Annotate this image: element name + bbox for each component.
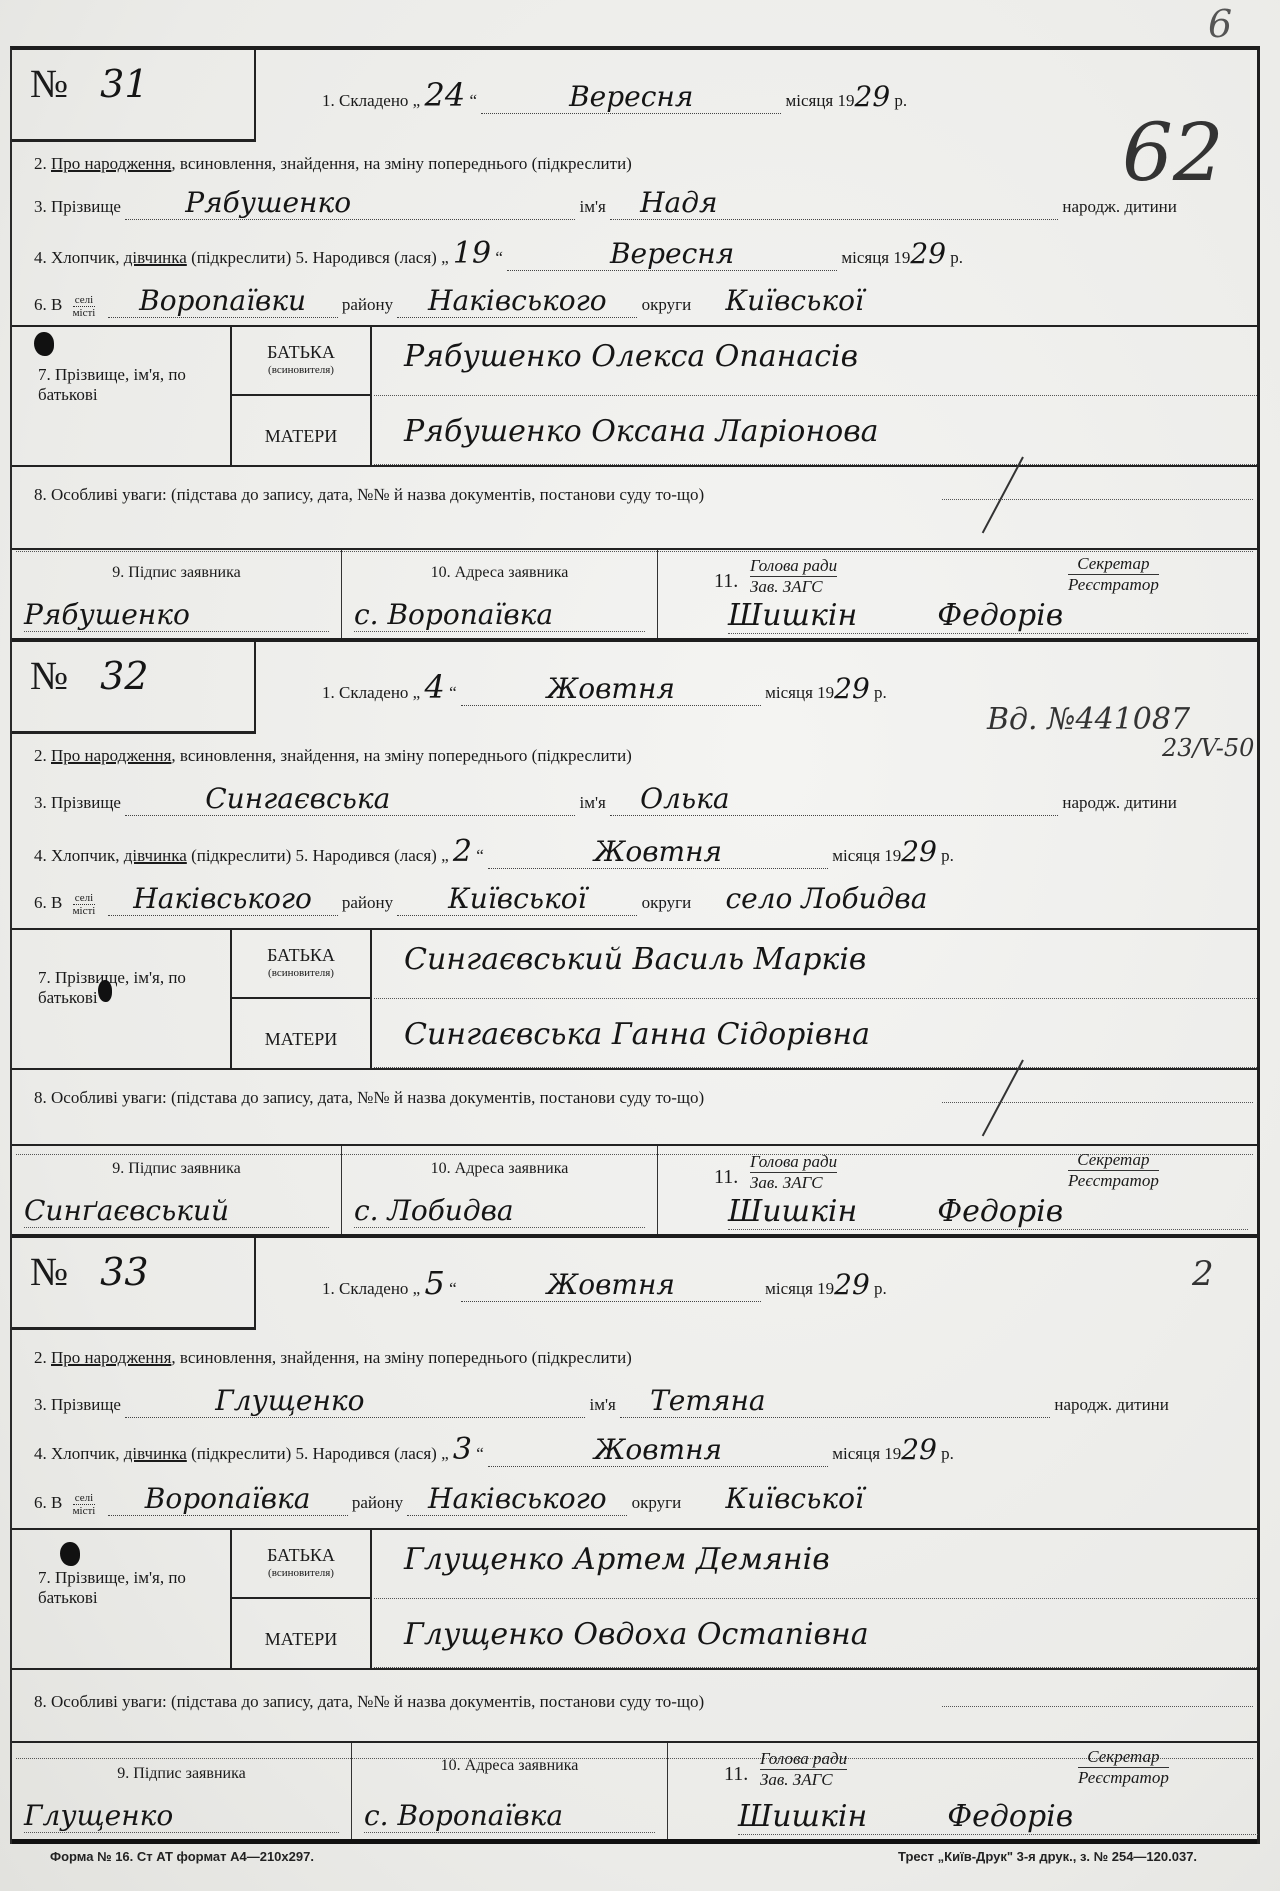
drawn-day: 4 (424, 668, 444, 706)
signatures-row: 9. Підпис заявникаСинґаєвський 10. Адрес… (12, 1144, 1257, 1234)
father-name: Сингаєвський Василь Марків (404, 942, 866, 977)
name-value: Надя (640, 186, 717, 219)
page-number-mark: 6 (1208, 2, 1232, 46)
drawn-up-line: 1. Складено „ 24 “ Вересня місяця 1929 р… (322, 76, 1257, 114)
number-sign: № (30, 61, 68, 106)
margin-note: Вд. №441087 (987, 702, 1190, 737)
birth-day: 19 (453, 236, 491, 271)
name-value: Тетяна (650, 1384, 765, 1417)
official-signature: Шишкін (728, 598, 857, 633)
village-value: Воропаївки (139, 284, 306, 317)
place-line: 6. В селімісті Воропаївки району Наківсь… (34, 284, 1257, 319)
surname-line: 3. Прізвище Глущенко ім'я Тетяна народж.… (34, 1384, 1257, 1418)
form-footer-right: Трест „Київ-Друк" 3-я друк., з. № 254—12… (898, 1849, 1197, 1864)
name-value: Олька (640, 782, 729, 815)
record-type-line: 2. Про народження, всиновлення, знайденн… (34, 1348, 1257, 1368)
drawn-year: 29 (855, 80, 891, 113)
drawn-day: 5 (424, 1264, 444, 1302)
margin-note: 2 (1192, 1254, 1214, 1294)
drawn-month: Жовтня (547, 672, 675, 705)
birth-register-form: № 31 1. Складено „ 24 “ Вересня місяця 1… (10, 46, 1260, 1844)
okruha-value: Київської (725, 1482, 863, 1515)
mother-name: Глущенко Овдоха Остапівна (404, 1617, 869, 1652)
district-value: Наківського (428, 1482, 607, 1515)
birth-day: 2 (453, 834, 472, 869)
birth-month: Вересня (610, 237, 734, 270)
record-type-line: 2. Про народження, всиновлення, знайденн… (34, 154, 1257, 174)
okruha-value: Київської (725, 284, 863, 317)
record-number: 32 (100, 654, 148, 698)
birth-year: 29 (901, 835, 937, 868)
parents-section: 7. Прізвище, ім'я, по батькові БАТЬКА(вс… (12, 1528, 1257, 1670)
applicant-signature: Синґаєвський (24, 1194, 229, 1227)
drawn-year: 29 (834, 672, 870, 705)
record-32: № 32 1. Складено „ 4 “ Жовтня місяця 192… (12, 642, 1257, 1238)
notes-dash-mark (982, 457, 1024, 534)
mother-name: Рябушенко Оксана Ларіонова (404, 414, 879, 449)
applicant-signature: Рябушенко (24, 598, 190, 631)
parents-section: 7. Прізвище, ім'я, по батькові БАТЬКА(вс… (12, 325, 1257, 467)
drawn-up-line: 1. Складено „ 4 “ Жовтня місяця 1929 р. (322, 668, 1257, 706)
signatures-row: 9. Підпис заявникаГлущенко 10. Адреса за… (12, 1741, 1257, 1839)
record-number: 31 (100, 62, 148, 106)
registrar-signature: Федорів (937, 598, 1063, 633)
drawn-up-line: 1. Складено „ 5 “ Жовтня місяця 1929 р. (322, 1264, 1257, 1302)
record-number: 33 (100, 1250, 148, 1294)
birth-line: 4. Хлопчик, дівчинка (підкреслити) 5. На… (34, 1432, 1257, 1467)
record-31: № 31 1. Складено „ 24 “ Вересня місяця 1… (12, 50, 1257, 642)
surname-value: Глущенко (215, 1384, 364, 1417)
notes-dash-mark (982, 1060, 1024, 1137)
father-name: Рябушенко Олекса Опанасів (404, 339, 858, 374)
record-number-box: № 31 (12, 50, 256, 142)
registrar-signature: Федорів (937, 1194, 1063, 1229)
form-footer-left: Форма № 16. Ст АТ формат А4—210х297. (50, 1849, 314, 1864)
signatures-row: 9. Підпис заявникаРябушенко 10. Адреса з… (12, 548, 1257, 638)
birth-month: Жовтня (594, 835, 722, 868)
father-name: Глущенко Артем Демянів (404, 1542, 830, 1577)
village-value: Наківського (133, 882, 312, 915)
birth-line: 4. Хлопчик, дівчинка (підкреслити) 5. На… (34, 236, 1257, 271)
birth-year: 29 (901, 1433, 937, 1466)
okruha-value: село Лобидва (725, 882, 927, 915)
village-value: Воропаївка (145, 1482, 311, 1515)
parents-section: 7. Прізвище, ім'я, по батькові БАТЬКА(вс… (12, 928, 1257, 1070)
birth-day: 3 (453, 1432, 472, 1467)
registrar-signature: Федорів (947, 1799, 1073, 1834)
mother-name: Сингаєвська Ганна Сідорівна (404, 1017, 870, 1052)
official-signature: Шишкін (728, 1194, 857, 1229)
birth-month: Жовтня (594, 1433, 722, 1466)
drawn-month: Вересня (569, 80, 693, 113)
place-line: 6. В селімісті Воропаївка району Наківсь… (34, 1482, 1257, 1517)
surname-value: Рябушенко (185, 186, 351, 219)
district-value: Київської (448, 882, 586, 915)
official-signature: Шишкін (738, 1799, 867, 1834)
district-value: Наківського (428, 284, 607, 317)
place-line: 6. В селімісті Наківського району Київсь… (34, 882, 1257, 917)
surname-line: 3. Прізвище Сингаєвська ім'я Олька народ… (34, 782, 1257, 816)
birth-year: 29 (910, 237, 946, 270)
record-33: № 33 1. Складено „ 5 “ Жовтня місяця 192… (12, 1238, 1257, 1844)
applicant-address: с. Воропаївка (364, 1799, 563, 1832)
ink-blot (98, 980, 112, 1002)
scanned-page: 6 № 31 1. Складено „ 24 “ Вересня місяця… (0, 0, 1280, 1891)
record-type-line: 2. Про народження, всиновлення, знайденн… (34, 746, 1257, 766)
drawn-year: 29 (834, 1268, 870, 1301)
record-number-box: № 32 (12, 642, 256, 734)
applicant-address: с. Воропаївка (354, 598, 553, 631)
surname-line: 3. Прізвище Рябушенко ім'я Надя народж. … (34, 186, 1257, 220)
birth-line: 4. Хлопчик, дівчинка (підкреслити) 5. На… (34, 834, 1257, 869)
record-number-box: № 33 (12, 1238, 256, 1330)
applicant-address: с. Лобидва (354, 1194, 514, 1227)
surname-value: Сингаєвська (205, 782, 390, 815)
drawn-month: Жовтня (547, 1268, 675, 1301)
drawn-day: 24 (424, 76, 465, 114)
applicant-signature: Глущенко (24, 1799, 173, 1832)
